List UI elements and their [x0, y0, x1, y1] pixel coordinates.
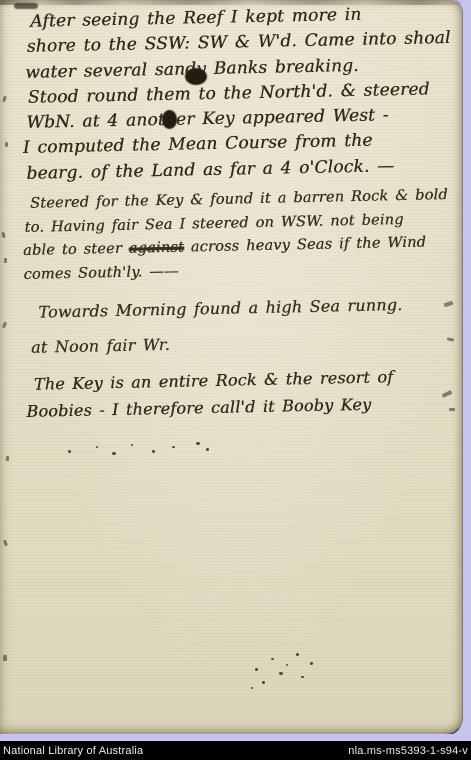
ink-speck — [251, 687, 253, 689]
struck-out-word: against — [129, 240, 185, 257]
ink-speck — [296, 653, 299, 656]
item-reference: nla.ms-ms5393-1-s94-v — [348, 745, 468, 757]
line-segment: across heavy Seas if the Wind — [184, 235, 426, 256]
handwriting-block: After seeing the Reef I kept more in sho… — [18, 1, 463, 425]
ink-speck — [68, 450, 71, 453]
library-credit: National Library of Australia — [3, 745, 143, 757]
ink-speck — [271, 658, 274, 660]
margin-mark — [6, 456, 9, 461]
margin-mark — [2, 322, 7, 329]
margin-mark — [4, 258, 7, 263]
ink-blot — [162, 110, 177, 129]
ink-speck — [112, 452, 116, 455]
scan-viewport: After seeing the Reef I kept more in sho… — [0, 0, 471, 760]
margin-mark — [1, 232, 5, 239]
ink-speck — [286, 664, 288, 666]
ink-speck — [279, 672, 283, 675]
manuscript-page: After seeing the Reef I kept more in sho… — [0, 0, 463, 736]
ink-show-through — [449, 408, 455, 411]
ink-speck — [96, 446, 98, 448]
line-segment: able to steer — [23, 241, 129, 259]
ink-speck — [262, 681, 265, 684]
ink-speck — [152, 450, 155, 453]
ink-speck — [172, 446, 175, 448]
handwriting-paragraph: Steered for the Key & found it a barren … — [22, 184, 460, 287]
margin-mark — [3, 540, 8, 547]
ink-speck — [310, 662, 313, 665]
margin-mark — [5, 142, 8, 147]
margin-mark — [2, 96, 7, 103]
handwriting-paragraph: After seeing the Reef I kept more in sho… — [18, 1, 458, 187]
ink-speck — [301, 676, 304, 678]
handwriting-paragraph: The Key is an entire Rock & the resort o… — [26, 362, 463, 425]
handwriting-paragraph: Towards Morning found a high Sea runng. … — [24, 286, 461, 365]
ink-speck — [196, 442, 200, 445]
margin-mark — [3, 655, 7, 661]
backdrop-strip — [0, 734, 471, 741]
ink-speck — [206, 448, 209, 451]
ink-blot — [14, 3, 38, 9]
footer-bar: National Library of Australia nla.ms-ms5… — [0, 741, 471, 760]
ink-speck — [255, 668, 258, 671]
ink-speck — [131, 444, 133, 446]
ink-blot — [185, 68, 207, 85]
